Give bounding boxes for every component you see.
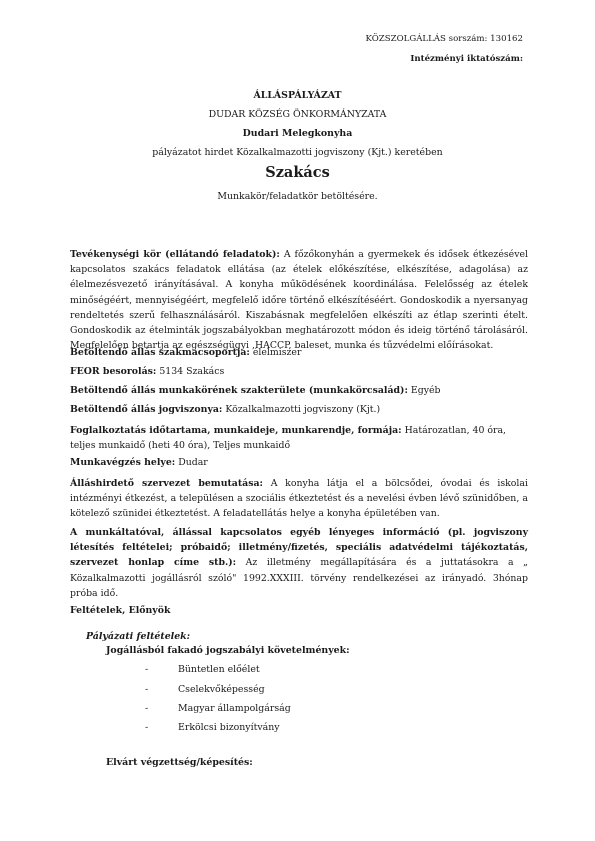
duties-label: Tevékenységi kör (ellátandó feladatok): <box>70 249 280 260</box>
bullet-dash: - <box>145 722 148 733</box>
bullet-dash: - <box>145 684 148 695</box>
legal-relationship-label: Betöltendő állás jogviszonya: <box>70 404 222 415</box>
application-conditions-subheading: Pályázati feltételek: <box>86 631 190 642</box>
feor-label: FEOR besorolás: <box>70 366 156 377</box>
professional-group-field: Betöltendő állás szakmacsoportja: élelmi… <box>70 347 301 358</box>
serial-number: KÖZSZOLGÁLLÁS sorszám: 130162 <box>366 34 523 44</box>
registry-number-label: Intézményi iktatószám: <box>410 54 523 64</box>
employer-name: DUDAR KÖZSÉG ÖNKORMÁNYZATA <box>0 109 595 120</box>
job-family-label: Betöltendő állás munkakörének szakterüle… <box>70 385 408 396</box>
duties-value: A főzőkonyhán a gyermekek és idősek étke… <box>70 249 528 351</box>
education-heading: Elvárt végzettség/képesítés: <box>106 757 253 768</box>
workplace-label: Munkavégzés helye: <box>70 457 175 468</box>
list-item: Erkölcsi bizonyítvány <box>178 722 280 733</box>
organization-section: Álláshirdető szervezet bemutatása: A kon… <box>70 476 528 522</box>
professional-group-label: Betöltendő állás szakmacsoportja: <box>70 347 250 358</box>
position-subtitle: Munkakör/feladatkör betöltésére. <box>0 191 595 202</box>
bullet-dash: - <box>145 703 148 714</box>
duties-section: Tevékenységi kör (ellátandó feladatok): … <box>70 247 528 353</box>
employment-terms-label: Foglalkoztatás időtartama, munkaideje, m… <box>70 425 402 436</box>
feor-field: FEOR besorolás: 5134 Szakács <box>70 366 224 377</box>
feor-value: 5134 Szakács <box>159 366 224 377</box>
bullet-dash: - <box>145 664 148 675</box>
legal-requirements-heading: Jogállásból fakadó jogszabályi követelmé… <box>106 645 350 656</box>
list-item: Cselekvőképesség <box>178 684 265 695</box>
other-info-section: A munkáltatóval, állással kapcsolatos eg… <box>70 525 528 601</box>
list-item: Büntetlen előélet <box>178 664 260 675</box>
organization-label: Álláshirdető szervezet bemutatása: <box>70 478 263 489</box>
announcement-line: pályázatot hirdet Közalkalmazotti jogvis… <box>0 147 595 158</box>
conditions-heading: Feltételek, Előnyök <box>70 605 170 616</box>
legal-relationship-field: Betöltendő állás jogviszonya: Közalkalma… <box>70 404 380 415</box>
workplace-value: Dudar <box>178 457 208 468</box>
employment-terms-field: Foglalkoztatás időtartama, munkaideje, m… <box>70 423 528 453</box>
job-family-value: Egyéb <box>411 385 441 396</box>
job-family-field: Betöltendő állás munkakörének szakterüle… <box>70 385 441 396</box>
position-title: Szakács <box>0 164 595 181</box>
legal-relationship-value: Közalkalmazotti jogviszony (Kjt.) <box>225 404 380 415</box>
workplace-field: Munkavégzés helye: Dudar <box>70 457 208 468</box>
unit-name: Dudari Melegkonyha <box>0 128 595 139</box>
professional-group-value: élelmiszer <box>253 347 302 358</box>
list-item: Magyar állampolgárság <box>178 703 291 714</box>
document-page: KÖZSZOLGÁLLÁS sorszám: 130162 Intézményi… <box>0 0 595 841</box>
document-type: ÁLLÁSPÁLYÁZAT <box>0 90 595 101</box>
